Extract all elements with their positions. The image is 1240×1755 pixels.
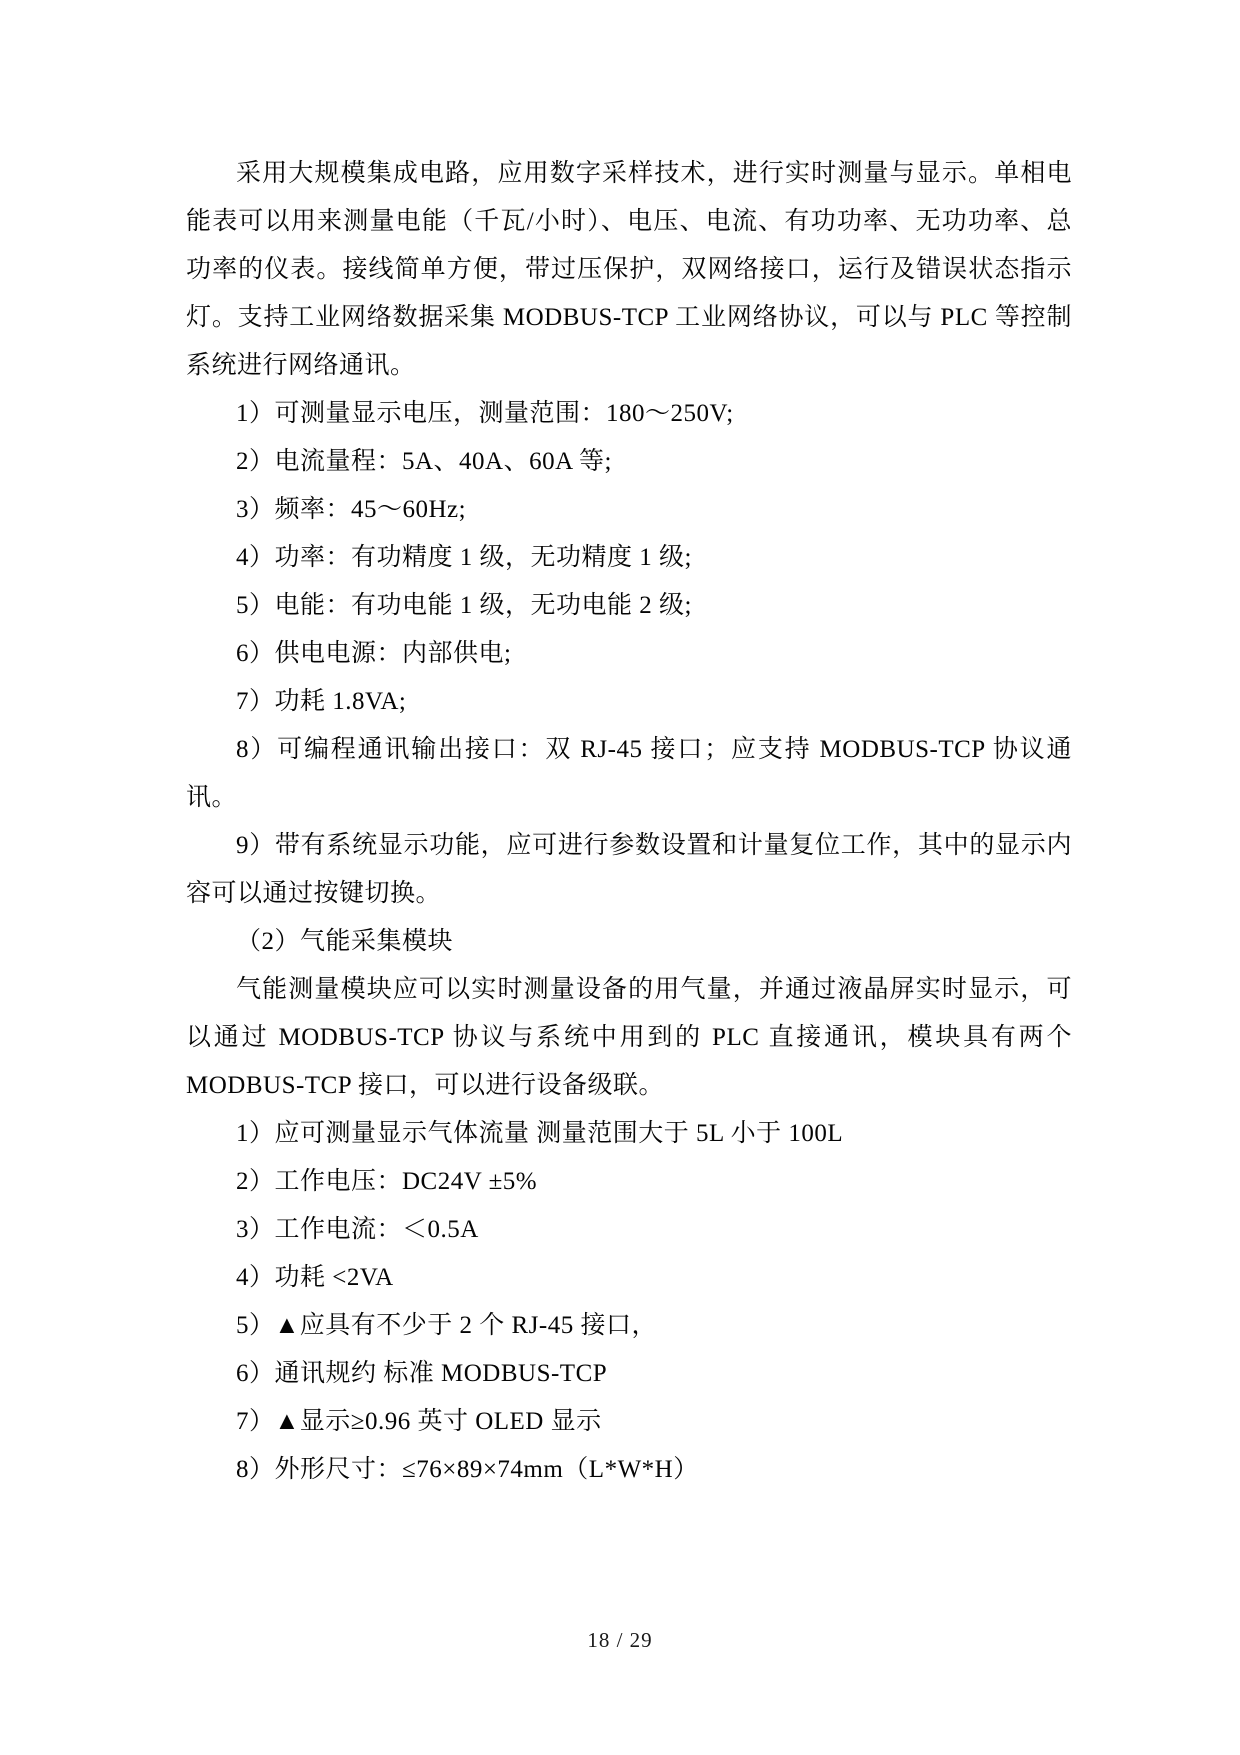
list-item: 7）▲显示≥0.96 英寸 OLED 显示	[186, 1398, 1072, 1446]
page-number: 18 / 29	[0, 1626, 1240, 1654]
list-item: 2）工作电压：DC24V ±5%	[186, 1158, 1072, 1206]
body-paragraph: 气能测量模块应可以实时测量设备的用气量，并通过液晶屏实时显示，可以通过 MODB…	[186, 966, 1072, 1110]
list-item: 3）频率：45～60Hz;	[186, 486, 1072, 534]
list-item: 2）电流量程：5A、40A、60A 等;	[186, 438, 1072, 486]
list-item: 4）功耗 <2VA	[186, 1254, 1072, 1302]
intro-paragraph: 采用大规模集成电路，应用数字采样技术，进行实时测量与显示。单相电能表可以用来测量…	[186, 150, 1072, 390]
list-item: 8）外形尺寸：≤76×89×74mm（L*W*H）	[186, 1446, 1072, 1494]
list-item: 5）▲应具有不少于 2 个 RJ-45 接口，	[186, 1302, 1072, 1350]
list-item: 3）工作电流：＜0.5A	[186, 1206, 1072, 1254]
list-item: 9）带有系统显示功能，应可进行参数设置和计量复位工作，其中的显示内容可以通过按键…	[186, 822, 1072, 918]
section-heading: （2）气能采集模块	[186, 918, 1072, 966]
list-item: 1）可测量显示电压，测量范围：180～250V;	[186, 390, 1072, 438]
list-item: 6）供电电源：内部供电;	[186, 630, 1072, 678]
list-item: 4）功率：有功精度 1 级，无功精度 1 级;	[186, 534, 1072, 582]
list-item: 5）电能：有功电能 1 级，无功电能 2 级;	[186, 582, 1072, 630]
list-item: 8）可编程通讯输出接口：双 RJ-45 接口；应支持 MODBUS-TCP 协议…	[186, 726, 1072, 822]
list-item: 7）功耗 1.8VA;	[186, 678, 1072, 726]
list-item: 1）应可测量显示气体流量 测量范围大于 5L 小于 100L	[186, 1110, 1072, 1158]
list-item: 6）通讯规约 标准 MODBUS-TCP	[186, 1350, 1072, 1398]
document-page: 采用大规模集成电路，应用数字采样技术，进行实时测量与显示。单相电能表可以用来测量…	[0, 0, 1240, 1755]
document-body: 采用大规模集成电路，应用数字采样技术，进行实时测量与显示。单相电能表可以用来测量…	[186, 150, 1072, 1494]
